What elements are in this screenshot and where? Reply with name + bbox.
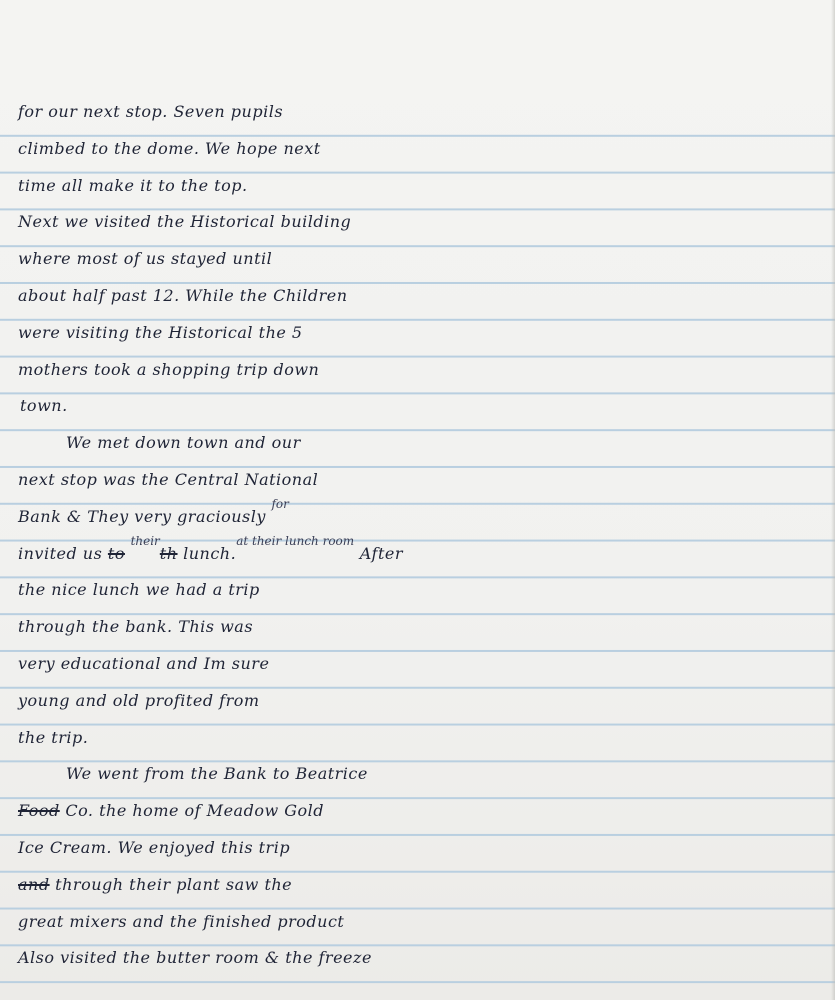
text-line: the trip. (18, 720, 833, 757)
text-line: about half past 12. While the Children (18, 278, 833, 315)
text-line: Also visited the butter room & the freez… (18, 940, 833, 977)
text-line: mothers took a shopping trip down (18, 352, 833, 389)
line-text: lunch. (178, 544, 237, 563)
line-text: through their plant saw the (50, 875, 293, 894)
text-line: town. (18, 388, 833, 425)
text-line: Ice Cream. We enjoyed this trip (18, 830, 833, 867)
text-line: through the bank. This was (18, 609, 833, 646)
struck-word: th (160, 544, 178, 563)
margin-insert: at their lunch room (236, 534, 354, 548)
text-line: great mixers and the finished product (18, 904, 833, 941)
text-line: young and old profited from (18, 683, 833, 720)
struck-word: to (108, 544, 125, 563)
inserted-word: for (271, 497, 288, 511)
inserted-word: their (131, 534, 160, 548)
text-line: the nice lunch we had a trip (18, 572, 833, 609)
text-line: for our next stop. Seven pupils (18, 94, 833, 131)
struck-word: Food (18, 801, 60, 820)
letter-page: for our next stop. Seven pupils climbed … (0, 0, 835, 1000)
line-text: Bank & They very graciously (18, 507, 266, 526)
text-line: very educational and Im sure (18, 646, 833, 683)
text-line: where most of us stayed until (18, 241, 833, 278)
text-line: were visiting the Historical the 5 (18, 315, 833, 352)
text-line: next stop was the Central National (18, 462, 833, 499)
line-text: Co. the home of Meadow Gold (60, 801, 324, 820)
text-line-with-corrections: and through their plant saw the (18, 867, 833, 904)
text-line-with-corrections: Food Co. the home of Meadow Gold (18, 793, 833, 830)
text-line: time all make it to the top. (18, 168, 833, 205)
line-text: After (354, 544, 403, 563)
paragraph-start-line: We met down town and our (18, 425, 833, 462)
text-line: Bank & They very graciously for (18, 499, 833, 536)
line-text: invited us (18, 544, 108, 563)
text-line: Next we visited the Historical building (18, 204, 833, 241)
text-line: climbed to the dome. We hope next (18, 131, 833, 168)
handwritten-text: for our next stop. Seven pupils climbed … (18, 94, 833, 977)
paragraph-start-line: We went from the Bank to Beatrice (18, 756, 833, 793)
struck-word: and (18, 875, 50, 894)
text-line-with-corrections: invited us to theirth lunch.at their lun… (18, 536, 833, 573)
